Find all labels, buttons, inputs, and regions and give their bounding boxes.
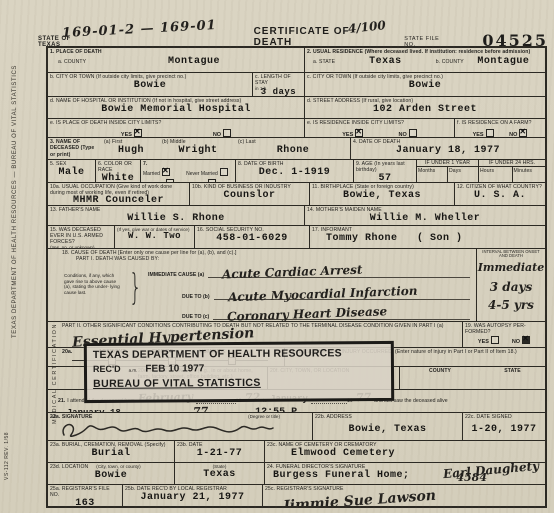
interval-immediate-value: Immediate xyxy=(478,261,545,274)
field-informant: 17. INFORMANT Tommy Rhone ( Son ) xyxy=(310,226,545,248)
residence-on-farm-label: f. IS RESIDENCE ON A FARM? xyxy=(457,120,543,126)
marital-label: 7. xyxy=(143,161,233,167)
field-burial-location-city: 23d. LOCATION (City, town, or county) Bo… xyxy=(48,463,175,484)
age-label: 9. AGE (In years last birthday) xyxy=(356,161,414,173)
location-label: 23d. LOCATION xyxy=(50,464,88,470)
residence-limits-yes: YES✕ xyxy=(342,129,363,137)
row-hospital-street: d. NAME OF HOSPITAL OR INSTITUTION (If n… xyxy=(48,97,545,119)
autopsy-no: NO✕ xyxy=(512,336,530,345)
certificate-form: 1. PLACE OF DEATH a. COUNTY Montague 2. … xyxy=(46,46,547,508)
date-received-value: January 21, 1977 xyxy=(125,492,260,503)
months-label: Months xyxy=(417,167,448,182)
middle-name-value: Wright xyxy=(162,145,234,156)
street-address-value: 102 Arden Street xyxy=(307,104,543,115)
death-limits-yes-checkbox: ✕ xyxy=(134,129,142,137)
field-armed-forces: 15. WAS DECEASED EVER IN U.S. ARMED FORC… xyxy=(48,226,115,248)
field-citizen: 12. CITIZEN OF WHAT COUNTRY? U. S. A. xyxy=(455,183,545,205)
registrar-file-no-label: 25a. REGISTRAR'S FILE NO. xyxy=(50,486,120,498)
mother-name-value: Willie M. Wheller xyxy=(307,213,543,224)
armed-forces-label: 15. WAS DECEASED EVER IN U.S. ARMED FORC… xyxy=(50,227,112,245)
married-checkbox: ✕ xyxy=(162,168,170,176)
field-if-under-24-hrs: IF UNDER 24 HRS. Hours Minutes xyxy=(479,160,545,182)
divorced-option: Divorced xyxy=(186,179,233,182)
never-married-checkbox xyxy=(220,168,228,176)
burial-type-label: 23a. BURIAL, CREMATION, REMOVAL (Specify… xyxy=(50,442,172,448)
received-stamp: TEXAS DEPARTMENT OF HEALTH RESOURCES REC… xyxy=(84,341,394,403)
location-city-sub: (City, town, or county) xyxy=(96,464,140,470)
field-middle-name: (b) Middle Wright xyxy=(160,138,236,158)
birthplace-value: Bowie, Texas xyxy=(312,190,452,201)
injury-county-label: COUNTY xyxy=(402,368,478,374)
death-certificate-document: TEXAS DEPARTMENT OF HEALTH RESOURCES — B… xyxy=(0,0,554,513)
burial-date-value: 1-21-77 xyxy=(177,448,262,459)
stamp-bureau-line: BUREAU OF VITAL STATISTICS xyxy=(93,376,385,390)
field-ssn: 16. SOCIAL SECURITY NO. 458-01-6029 xyxy=(195,226,310,248)
death-limits-yes: YES✕ xyxy=(121,129,142,137)
field-residence-inside-limits: e. IS RESIDENCE INSIDE CITY LIMITS? YES✕… xyxy=(305,119,455,137)
field-date-of-birth: 8. DATE OF BIRTH Dec. 1-1919 xyxy=(236,160,354,182)
autopsy-yes-checkbox xyxy=(491,336,499,344)
immediate-cause-value: Acute Cardiac Arrest xyxy=(222,262,363,281)
injury-a-label: 20a. xyxy=(62,349,72,355)
interval-label: INTERVAL BETWEEN ONSET AND DEATH xyxy=(479,250,543,259)
farm-yes-checkbox xyxy=(486,129,494,137)
field-date-received: 25b. DATE REC'D BY LOCAL REGISTRAR Janua… xyxy=(123,485,263,506)
industry-value: Counslor xyxy=(192,190,307,201)
immediate-cause-line: Acute Cardiac Arrest xyxy=(208,264,470,278)
row-sex-race-age: 5. SEX Male 6. COLOR OR RACE White 7. Ma… xyxy=(48,160,545,183)
field-burial-date: 23b. DATE 1-21-77 xyxy=(175,441,265,462)
hours-label: Hours xyxy=(479,167,513,182)
sex-value: Male xyxy=(50,167,93,178)
residence-limits-yes-checkbox: ✕ xyxy=(355,129,363,137)
row-city-stay: b. CITY OR TOWN (If outside city limits,… xyxy=(48,73,545,97)
farm-no-checkbox: ✕ xyxy=(519,129,527,137)
race-label: 6. COLOR OR RACE xyxy=(98,161,138,173)
interval-c-value: 4-5 yrs xyxy=(488,298,534,312)
field-sex: 5. SEX Male xyxy=(48,160,96,182)
days-label: Days xyxy=(448,167,478,182)
field-interval-onset-death: INTERVAL BETWEEN ONSET AND DEATH Immedia… xyxy=(477,249,545,321)
physician-signature-scribble xyxy=(56,419,276,440)
field-burial-type: 23a. BURIAL, CREMATION, REMOVAL (Specify… xyxy=(48,441,175,462)
field-industry: 10b. KIND OF BUSINESS OR INDUSTRY Counsl… xyxy=(190,183,310,205)
field-street-address: d. STREET ADDRESS (If rural, give locati… xyxy=(305,97,545,118)
farm-no: NO✕ xyxy=(509,129,527,137)
row-location-director: 23d. LOCATION (City, town, or county) Bo… xyxy=(48,463,545,485)
field-age: 9. AGE (In years last birthday) 57 xyxy=(354,160,417,182)
minutes-label: Minutes xyxy=(513,167,546,182)
conditions-note: Conditions, if any, which gave rise to a… xyxy=(64,273,122,297)
immediate-cause-label: IMMEDIATE CAUSE (a) xyxy=(148,272,204,278)
residence-city-value: Bowie xyxy=(307,80,543,91)
field-funeral-director: 24. FUNERAL DIRECTOR'S SIGNATURE Burgess… xyxy=(265,463,545,484)
field-date-of-death: 4. DATE OF DEATH January 18, 1977 xyxy=(351,138,545,158)
occupation-value: MHMR Counceler xyxy=(50,195,187,205)
field-injury-county: COUNTY xyxy=(400,367,480,388)
residence-limits-no-checkbox xyxy=(409,129,417,137)
time-of-death-value: 12:55 P xyxy=(255,407,297,412)
field-place-city: b. CITY OR TOWN (If outside city limits,… xyxy=(48,73,253,96)
under-24-hrs-label: IF UNDER 24 HRS. xyxy=(479,160,545,167)
item21-label: 21. xyxy=(58,398,65,404)
field-date-signed: 22c. DATE SIGNED 1-20, 1977 xyxy=(463,413,545,440)
date-of-death-value: January 18, 1977 xyxy=(353,145,543,156)
due-to-c-label: DUE TO (c) xyxy=(182,314,209,320)
widowed-option: Widowed xyxy=(143,179,182,182)
stamp-agency-line: TEXAS DEPARTMENT OF HEALTH RESOURCES xyxy=(93,347,385,361)
residence-county-value: Montague xyxy=(464,56,543,67)
field-cemetery: 23c. NAME OF CEMETERY OR CREMATORY Elmwo… xyxy=(265,441,545,462)
row-place-residence: 1. PLACE OF DEATH a. COUNTY Montague 2. … xyxy=(48,48,545,73)
field-length-of-stay: c. LENGTH OF STAY in 1.b. 3 days xyxy=(253,73,305,96)
field-occupation: 10a. USUAL OCCUPATION (Give kind of work… xyxy=(48,183,190,205)
row-occupation: 10a. USUAL OCCUPATION (Give kind of work… xyxy=(48,183,545,206)
hospital-value: Bowie Memorial Hospital xyxy=(50,104,302,115)
industry-label: 10b. KIND OF BUSINESS OR INDUSTRY xyxy=(192,184,307,190)
location-state-value: Texas xyxy=(177,469,262,480)
stamp-date: FEB 10 1977 xyxy=(145,363,204,374)
funeral-director-number-hw: 4584 xyxy=(456,471,487,484)
stamp-recd-label: REC'D xyxy=(93,364,121,374)
date-signed-value: 1-20, 1977 xyxy=(465,424,543,435)
married-option: Married✕ xyxy=(143,168,182,177)
father-name-value: Willie S. Rhone xyxy=(50,213,302,224)
row-parents: 13. FATHER'S NAME Willie S. Rhone 14. MO… xyxy=(48,206,545,226)
stamp-am-label: a.m. xyxy=(129,368,138,373)
date-of-birth-value: Dec. 1-1919 xyxy=(238,167,351,178)
due-to-b-line: Acute Myocardial Infarction xyxy=(214,286,470,300)
death-inside-limits-label: e. IS PLACE OF DEATH INSIDE CITY LIMITS? xyxy=(50,120,302,126)
residence-state-value: Texas xyxy=(335,56,436,67)
field-signer-address: 22b. ADDRESS Bowie, Texas xyxy=(313,413,463,440)
never-married-option: Never Married xyxy=(186,168,233,177)
residence-county-label: b. COUNTY xyxy=(436,59,464,65)
row-forces-ssn: 15. WAS DECEASED EVER IN U.S. ARMED FORC… xyxy=(48,226,545,249)
date-signed-label: 22c. DATE SIGNED xyxy=(465,414,543,420)
year3-hw: 77 xyxy=(192,404,208,411)
field-residence-city: c. CITY OR TOWN (If outside city limits,… xyxy=(305,73,545,96)
field-if-under-1-year: IF UNDER 1 YEAR Months Days xyxy=(417,160,479,182)
field-residence-on-farm: f. IS RESIDENCE ON A FARM? YES NO✕ xyxy=(455,119,545,137)
due-to-b-value: Acute Myocardial Infarction xyxy=(227,284,417,305)
field-marital-status: 7. Married✕ Widowed Never Married Divorc… xyxy=(141,160,236,182)
residence-limits-no: NO xyxy=(398,129,416,137)
field-father-name: 13. FATHER'S NAME Willie S. Rhone xyxy=(48,206,305,225)
field-injury-state: STATE xyxy=(480,367,545,388)
death-limits-no: NO xyxy=(213,129,231,137)
on-date-value: January 18 xyxy=(67,408,121,412)
field-last-name: (c) Last Rhone xyxy=(236,138,351,158)
field-autopsy: 19. WAS AUTOPSY PER- FORMED? YES NO✕ xyxy=(463,322,545,347)
citizen-label: 12. CITIZEN OF WHAT COUNTRY? xyxy=(457,184,543,190)
name-of-deceased-label: 3. NAME OF DECEASED (Type or print) xyxy=(50,139,100,157)
autopsy-no-checkbox: ✕ xyxy=(522,336,530,344)
first-name-value: Hugh xyxy=(104,145,158,156)
injury-state-label: STATE xyxy=(482,368,543,374)
field-burial-location-state: (State) Texas xyxy=(175,463,265,484)
usual-residence-section-label: 2. USUAL RESIDENCE (Where deceased lived… xyxy=(307,49,543,55)
left-margin-form-code-text: VS-112 REV. 1/58 xyxy=(4,432,10,480)
field-registrar-signature: 25c. REGISTRAR'S SIGNATURE Jimmie Sue La… xyxy=(263,485,545,506)
residence-inside-limits-label: e. IS RESIDENCE INSIDE CITY LIMITS? xyxy=(307,120,452,126)
signer-address-value: Bowie, Texas xyxy=(315,424,460,435)
interval-b-value: 3 days xyxy=(490,280,532,294)
row-burial: 23a. BURIAL, CREMATION, REMOVAL (Specify… xyxy=(48,441,545,463)
row-name-dod: 3. NAME OF DECEASED (Type or print) (a) … xyxy=(48,138,545,159)
field-first-name: (a) First Hugh xyxy=(102,138,160,158)
field-usual-residence: 2. USUAL RESIDENCE (Where deceased lived… xyxy=(305,48,545,72)
death-limits-no-checkbox xyxy=(223,129,231,137)
row-city-limits: e. IS PLACE OF DEATH INSIDE CITY LIMITS?… xyxy=(48,119,545,138)
row-registrar: 25a. REGISTRAR'S FILE NO. 163 25b. DATE … xyxy=(48,485,545,506)
field-cause-of-death: 18. CAUSE OF DEATH [Enter only one cause… xyxy=(48,249,477,321)
left-margin-agency-text: TEXAS DEPARTMENT OF HEALTH RESOURCES — B… xyxy=(12,65,18,338)
county-value: Montague xyxy=(86,56,302,67)
row-signature: 22a. SIGNATURE (Degree or title) 22b. AD… xyxy=(48,413,545,441)
field-race: 6. COLOR OR RACE White xyxy=(96,160,141,182)
due-to-b-label: DUE TO (b) xyxy=(182,294,210,300)
field-physician-signature: 22a. SIGNATURE (Degree or title) xyxy=(48,413,313,440)
length-of-stay-value: 3 days xyxy=(255,88,302,96)
ssn-value: 458-01-6029 xyxy=(197,233,307,244)
field-mother-name: 14. MOTHER'S MAIDEN NAME Willie M. Whell… xyxy=(305,206,545,225)
field-registrar-file-no: 25a. REGISTRAR'S FILE NO. 163 xyxy=(48,485,123,506)
part1-label: PART I. DEATH WAS CAUSED BY: xyxy=(76,256,474,262)
due-to-c-value: Coronary Heart Disease xyxy=(227,304,388,321)
part2-label: PART II. OTHER SIGNIFICANT CONDITIONS CO… xyxy=(62,323,460,329)
age-value: 57 xyxy=(356,173,414,182)
farm-yes: YES xyxy=(473,129,494,137)
place-city-value: Bowie xyxy=(50,80,250,91)
field-war-service: (If yes, give war or dates of service) W… xyxy=(115,226,195,248)
autopsy-yes: YES xyxy=(478,336,499,345)
war-service-value: W. W. Two xyxy=(117,232,192,242)
citizen-value: U. S. A. xyxy=(457,190,543,201)
county-label: a. COUNTY xyxy=(58,59,86,65)
last-name-value: Rhone xyxy=(238,145,348,156)
place-of-death-section-label: 1. PLACE OF DEATH xyxy=(50,49,302,55)
informant-value: Tommy Rhone ( Son ) xyxy=(312,233,543,244)
registrar-file-no-value: 163 xyxy=(50,498,120,506)
field-death-inside-limits: e. IS PLACE OF DEATH INSIDE CITY LIMITS?… xyxy=(48,119,305,137)
conditions-brace: } xyxy=(129,267,142,308)
field-hospital: d. NAME OF HOSPITAL OR INSTITUTION (If n… xyxy=(48,97,305,118)
due-to-c-line: Coronary Heart Disease xyxy=(213,306,470,320)
divorced-checkbox xyxy=(208,179,216,182)
burial-type-value: Burial xyxy=(50,448,172,459)
location-city-value: Bowie xyxy=(50,470,172,481)
residence-state-label: a. STATE xyxy=(313,59,335,65)
row-cause-of-death: 18. CAUSE OF DEATH [Enter only one cause… xyxy=(48,249,545,322)
race-value: White xyxy=(98,173,138,182)
field-birthplace: 11. BIRTHPLACE (State or foreign country… xyxy=(310,183,455,205)
under-1-year-label: IF UNDER 1 YEAR xyxy=(417,160,478,167)
length-of-stay-label: c. LENGTH OF STAY xyxy=(255,74,302,86)
autopsy-label: 19. WAS AUTOPSY PER- FORMED? xyxy=(465,323,543,335)
field-place-of-death-county: 1. PLACE OF DEATH a. COUNTY Montague xyxy=(48,48,305,72)
signer-address-label: 22b. ADDRESS xyxy=(315,414,460,420)
cemetery-value: Elmwood Cemetery xyxy=(267,448,543,459)
widowed-checkbox xyxy=(166,179,174,182)
field-name-of-deceased: 3. NAME OF DECEASED (Type or print) xyxy=(48,138,102,158)
